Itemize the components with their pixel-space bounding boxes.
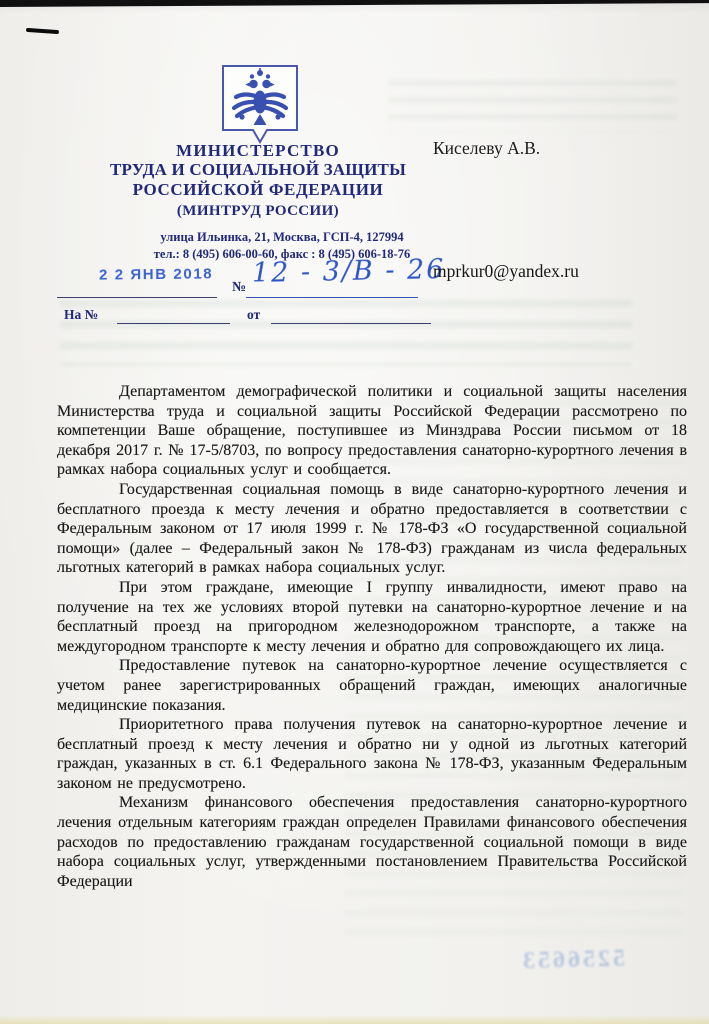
letterhead-address: улица Ильинка, 21, Москва, ГСП-4, 127994: [52, 229, 512, 246]
body-paragraph: Механизм финансового обеспечения предост…: [57, 793, 687, 891]
body-paragraph: Предоставление путевок на санаторно-куро…: [57, 656, 687, 715]
recipient-email: mprkur0@yandex.ru: [433, 261, 579, 282]
bleed-through-smudge: [60, 300, 632, 366]
letterhead-ministry-name: МИНИСТЕРСТВО ТРУДА И СОЦИАЛЬНОЙ ЗАЩИТЫ Р…: [28, 141, 488, 221]
reply-date-form-line: [271, 323, 431, 324]
date-form-line: [57, 297, 217, 298]
number-form-line: [246, 297, 418, 298]
body-paragraph: Приоритетного права получения путевок на…: [57, 715, 687, 793]
bleed-through-smudge: [388, 80, 678, 132]
letter-body: Департаментом демографической политики и…: [57, 382, 687, 891]
date-stamp: 2 2 ЯНВ 2018: [99, 265, 213, 283]
body-paragraph: Государственная социальная помощь в виде…: [57, 480, 687, 578]
coat-of-arms-icon: [221, 64, 299, 152]
reply-number-label: На №: [64, 307, 98, 323]
ministry-name-line3: РОССИЙСКОЙ ФЕДЕРАЦИИ: [28, 180, 488, 200]
ministry-name-line2: ТРУДА И СОЦИАЛЬНОЙ ЗАЩИТЫ: [28, 160, 488, 180]
ministry-short-name: (МИНТРУД РОССИИ): [28, 201, 488, 221]
scan-artifact-mark: [26, 28, 59, 34]
reply-date-label: от: [247, 307, 260, 323]
ministry-name-line1: МИНИСТЕРСТВО: [28, 141, 488, 160]
number-sign-label: №: [232, 280, 246, 296]
body-paragraph: Департаментом демографической политики и…: [57, 382, 687, 480]
recipient-name: Киселеву А.В.: [433, 138, 540, 159]
reply-number-form-line: [117, 323, 230, 324]
outgoing-number-handwritten: 12 - 3/В - 26: [252, 254, 446, 289]
body-paragraph: При этом граждане, имеющие I группу инва…: [57, 578, 687, 656]
scan-artifact-top-bar: [0, 0, 709, 7]
bleed-through-number: 5256653: [520, 946, 626, 976]
scan-artifact-bottom-strip: [0, 1015, 709, 1024]
scanned-letter: МИНИСТЕРСТВО ТРУДА И СОЦИАЛЬНОЙ ЗАЩИТЫ Р…: [0, 0, 709, 1024]
